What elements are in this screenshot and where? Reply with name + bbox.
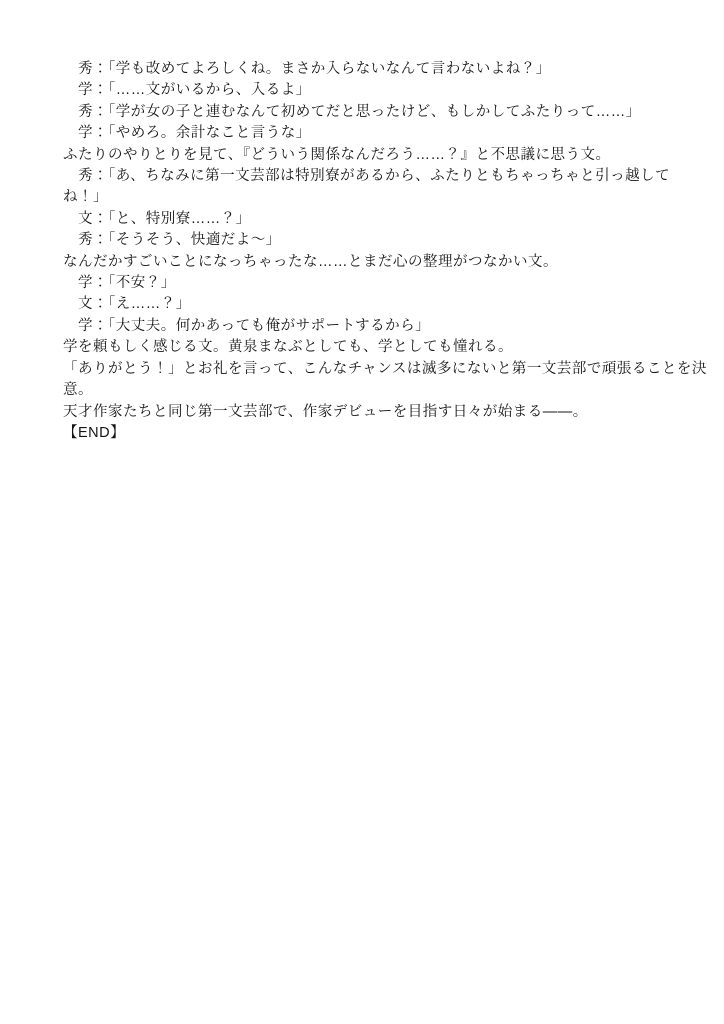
narration-line: ふたりのやりとりを見て、『どういう関係なんだろう……？』と不思議に思う文。 xyxy=(63,145,668,166)
dialogue-line: 学：「大丈夫。何かあっても俺がサポートするから」 xyxy=(63,316,668,337)
narration-line: 学を頼もしく感じる文。黄泉まなぶとしても、学としても憧れる。 xyxy=(63,337,668,358)
narration-line: なんだかすごいことになっちゃったな……とまだ心の整理がつなかい文。 xyxy=(63,252,668,273)
document-page: 秀：「学も改めてよろしくね。まさか入らないなんて言わないよね？」 学：「……文が… xyxy=(0,0,724,1024)
dialogue-line: 学：「やめろ。余計なこと言うな」 xyxy=(63,123,668,144)
narration-line: 「ありがとう！」とお礼を言って、こんなチャンスは滅多にないと第一文芸部で頑張るこ… xyxy=(63,359,668,380)
dialogue-line: 学：「……文がいるから、入るよ」 xyxy=(63,80,668,101)
dialogue-line: 秀：「学が女の子と連むなんて初めてだと思ったけど、もしかしてふたりって……」 xyxy=(63,102,668,123)
dialogue-line: 文：「え……？」 xyxy=(63,294,668,315)
narration-line: ね！」 xyxy=(63,187,668,208)
dialogue-line: 秀：「そうそう、快適だよ～」 xyxy=(63,230,668,251)
dialogue-line: 文：「と、特別寮……？」 xyxy=(63,209,668,230)
dialogue-line: 秀：「あ、ちなみに第一文芸部は特別寮があるから、ふたりともちゃっちゃと引っ越して xyxy=(63,166,668,187)
narration-line: 意。 xyxy=(63,380,668,401)
end-marker: 【END】 xyxy=(63,423,668,444)
dialogue-line: 学：「不安？」 xyxy=(63,273,668,294)
script-text-block: 秀：「学も改めてよろしくね。まさか入らないなんて言わないよね？」 学：「……文が… xyxy=(63,59,668,444)
narration-line: 天才作家たちと同じ第一文芸部で、作家デビューを目指す日々が始まる――。 xyxy=(63,402,668,423)
dialogue-line: 秀：「学も改めてよろしくね。まさか入らないなんて言わないよね？」 xyxy=(63,59,668,80)
